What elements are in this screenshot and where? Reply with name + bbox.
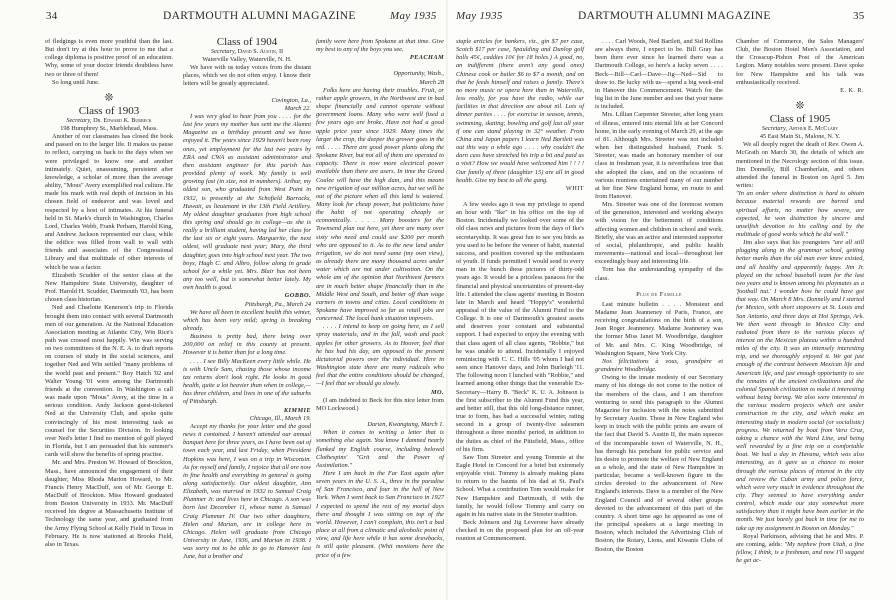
paragraph: Elizabeth Scudder of the senior class at… — [45, 272, 173, 305]
author-initials: E. K. R. — [736, 87, 864, 95]
secretary-role: Secretary, — [66, 117, 91, 124]
letter-text: staple articles for bankers, viz., gin $… — [456, 38, 584, 185]
paragraph: Chamber of Commerce, the Sales Managers'… — [736, 38, 864, 87]
dateline: Pittsburgh, Pa., March 24 — [183, 301, 311, 309]
letter-text: . . . . I intend to keep on going here, … — [316, 323, 444, 388]
letter-text: Here I am back in the Far East again aft… — [316, 470, 444, 560]
secretary-line: Secretary, Arthur E. McClary — [736, 125, 864, 133]
letter-text: We have all been in excellent health thi… — [183, 309, 311, 333]
section-ornament-icon: ❊ — [45, 92, 173, 104]
paragraph: Ned and Charlotte Kenerson's trip to Flo… — [45, 304, 173, 459]
paragraph: Beck Johnson and Jig Leverone have alrea… — [456, 519, 584, 543]
letter-text: Accept my thanks for your letter and the… — [183, 423, 311, 562]
letter-text: Business is pretty bad, there being over… — [183, 333, 311, 357]
paragraph-lead: Jim also says that his youngsters — [743, 239, 830, 246]
secretary-name: Dr. Edward K. Burbeck — [93, 117, 152, 124]
paragraph: We have with us today voices from the di… — [183, 64, 311, 88]
dateline-date: March 22. — [183, 105, 311, 113]
paragraph: Tom has the understanding sympathy of th… — [595, 266, 723, 282]
column-2: Class of 1904 Secretary, David S. Austin… — [183, 38, 311, 562]
paragraph: Mrs. Lillian Carpenter Streeter, after l… — [595, 111, 723, 201]
dateline-place: Opportunity, Wash., — [316, 70, 444, 78]
paragraph: of fledgings is even more youthful than … — [45, 38, 173, 79]
paragraph: Last minute bulletin . . . . Monsieur an… — [595, 301, 723, 358]
paragraph: Mr. and Mrs. Preston W. Howard of Brockt… — [45, 459, 173, 549]
letter-signature: PEACHAM — [316, 54, 444, 62]
column-2: . . . . Carl Woods, Ned Bartlett, and Si… — [595, 38, 723, 554]
paragraph: Jim also says that his youngsters "are a… — [736, 239, 864, 533]
paragraph: . . . . Carl Woods, Ned Bartlett, and Si… — [595, 38, 723, 111]
dateline-place: Covington, La., — [183, 97, 311, 105]
dateline: Chicago, Ill., March 19. — [183, 415, 311, 423]
paragraph: Nos félicitations à vous, grandpère et g… — [595, 358, 723, 374]
paragraph: Royal Parkinson, advising that he and Mr… — [736, 533, 864, 566]
letter-signature: MO. — [316, 389, 444, 397]
secretary-address: 198 Humphrey St., Marblehead, Mass. — [45, 125, 173, 133]
page-number: 34 — [46, 10, 58, 22]
section-heading: Class of 1904 — [183, 38, 311, 46]
secretary-line: Secretary, Dr. Edward K. Burbeck — [45, 117, 173, 125]
letter-text: I was very glad to hear from you . . . .… — [183, 113, 311, 292]
section-ornament-icon: ❊ — [736, 100, 864, 112]
page-number: 35 — [853, 10, 865, 22]
letter-signature: KIMMIE — [183, 407, 311, 415]
paragraph: A few weeks ago it was my privilege to s… — [456, 201, 584, 454]
letter-text: . . . . I see Billy MacKeen every little… — [183, 358, 311, 407]
column-3: family were here from Spokane at that ti… — [316, 38, 444, 560]
paragraph: We all deeply regret the death of Rev. O… — [736, 141, 864, 190]
letter-signature: WHIT — [456, 185, 584, 193]
column-1: of fledgings is even more youthful than … — [45, 38, 173, 549]
dateline-date: March 28 — [316, 79, 444, 87]
secretary-name: Arthur E. McClary — [789, 125, 839, 132]
dateline: Darien, Kwangtung, March 1. — [316, 421, 444, 429]
paragraph: Mrs. Streeter was one of the foremost wo… — [595, 201, 723, 266]
subsection-heading: Plus de Famille — [595, 291, 723, 299]
secretary-address: 45 East Main St., Malone, N. Y. — [736, 133, 864, 141]
right-page: May 1935 DARTMOUTH ALUMNI MAGAZINE 35 st… — [448, 0, 896, 600]
quotation: "are all still plugging along in the gra… — [736, 239, 864, 531]
secretary-role: Secretary, — [762, 125, 787, 132]
letter-text: When it comes to writing a letter that i… — [316, 429, 444, 470]
section-heading: Class of 1905 — [736, 115, 864, 123]
secretary-line: Secretary, David S. Austin, II — [183, 48, 311, 56]
letter-text: Folks here are having their troubles. Fr… — [316, 87, 444, 324]
secretary-role: Secretary, — [211, 48, 236, 55]
paragraph: Owing to the innate modesty of our Secre… — [595, 374, 723, 553]
running-head: DARTMOUTH ALUMNI MAGAZINE — [163, 10, 356, 22]
editor-note: (I am indebted to Beck for this nice let… — [316, 397, 444, 413]
issue-date: May 1935 — [390, 10, 437, 22]
section-heading: Class of 1903 — [45, 107, 173, 115]
issue-date: May 1935 — [456, 10, 503, 22]
letter-signature: GOBBO. — [183, 292, 311, 300]
paragraph: Saw Tom Streeter and young Tommie at the… — [456, 454, 584, 519]
left-page: 34 DARTMOUTH ALUMNI MAGAZINE May 1935 of… — [0, 0, 448, 600]
running-head: DARTMOUTH ALUMNI MAGAZINE — [578, 10, 771, 22]
secretary-name: David S. Austin, II — [238, 48, 284, 55]
paragraph: So long until June. — [45, 79, 173, 87]
paragraph: Another of our classmates has closed the… — [45, 133, 173, 272]
letter-text: family were here from Spokane at that ti… — [316, 38, 444, 54]
column-1: staple articles for bankers, viz., gin $… — [456, 38, 584, 544]
column-3: Chamber of Commerce, the Sales Managers'… — [736, 38, 864, 565]
secretary-address: Waterville Valley, Waterville, N. H. — [183, 56, 311, 64]
quotation: "In an order where distinction is hard t… — [736, 190, 864, 239]
